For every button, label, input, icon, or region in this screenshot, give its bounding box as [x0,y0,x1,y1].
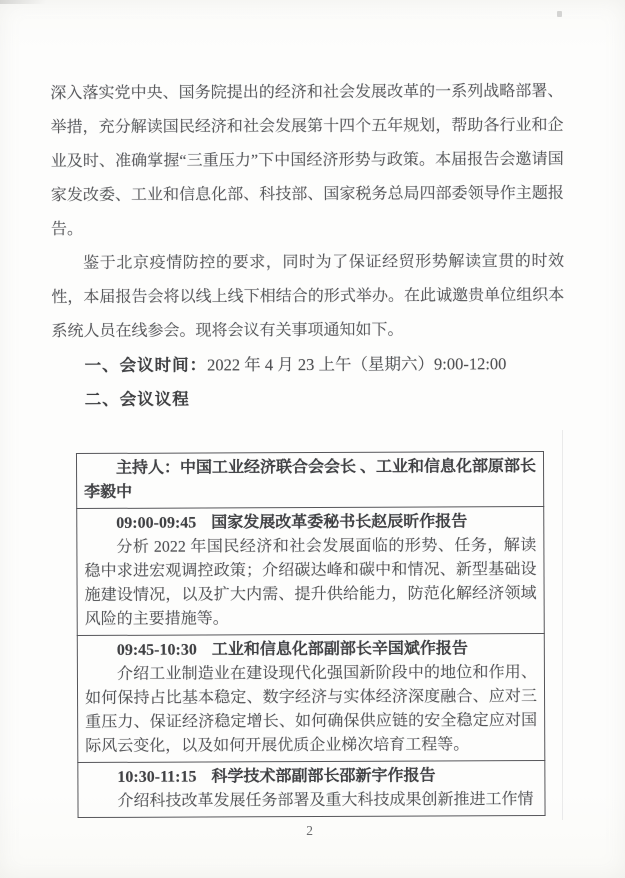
session-2-description: 介绍工业制造业在建设现代化强国新阶段中的地位和作用、如何保持占比基本稳定、数字经… [85,661,537,759]
session-1-description: 分析 2022 年国民经济和社会发展面临的形势、任务，解读稳中求进宏观调控政策；… [84,534,536,632]
meeting-time-value: 2022 年 4 月 23 上午（星期六）9:00-12:00 [207,354,506,374]
session-3-header: 10:30-11:15科学技术部副部长邵新宇作报告 [85,764,537,790]
moderator-line: 主持人：中国工业经济联合会会长 、工业和信息化部原部长李毅中 [84,455,536,505]
page-number: 2 [54,822,567,840]
session-1-title: 国家发展改革委秘书长赵辰昕作报告 [196,513,467,531]
meeting-time-heading: 一、会议时间：2022 年 4 月 23 上午（星期六）9:00-12:00 [52,347,565,383]
session-2-title: 工业和信息化部副部长辛国斌作报告 [197,640,468,658]
session-3-description: 介绍科技改革发展任务部署及重大科技成果创新推进工作情 [85,788,537,814]
session-3-title: 科学技术部副部长邵新宇作报告 [196,767,435,785]
session-1-header: 09:00-09:45国家发展改革委秘书长赵辰昕作报告 [84,510,536,536]
page-content: 深入落实党中央、国务院提出的经济和社会发展改革的一系列战略部署、举措，充分解读国… [0,0,625,840]
session-2-header: 09:45-10:30工业和信息化部副部长辛国斌作报告 [85,637,537,663]
agenda-row-session-2: 09:45-10:30工业和信息化部副部长辛国斌作报告 介绍工业制造业在建设现代… [77,633,545,762]
paragraph-notice: 鉴于北京疫情防控的要求，同时为了保证经贸形势解读宣贯的时效性，本届报告会将以线上… [51,245,564,349]
scanned-document-page: 深入落实党中央、国务院提出的经济和社会发展改革的一系列战略部署、举措，充分解读国… [0,0,625,878]
agenda-row-session-1: 09:00-09:45国家发展改革委秘书长赵辰昕作报告 分析 2022 年国民经… [77,506,545,635]
agenda-heading: 二、会议议程 [52,381,565,417]
session-1-time: 09:00-09:45 [116,515,196,532]
agenda-row-moderator: 主持人：中国工业经济联合会会长 、工业和信息化部原部长李毅中 [76,451,543,508]
meeting-time-label: 一、会议时间： [85,355,208,375]
agenda-row-session-3: 10:30-11:15科学技术部副部长邵新宇作报告 介绍科技改革发展任务部署及重… [78,760,545,817]
session-3-time: 10:30-11:15 [117,769,196,786]
session-2-time: 09:45-10:30 [117,642,197,659]
paragraph-continuation: 深入落实党中央、国务院提出的经济和社会发展改革的一系列战略部署、举措，充分解读国… [50,75,564,247]
agenda-table: 主持人：中国工业经济联合会会长 、工业和信息化部原部长李毅中 09:00-09:… [76,451,546,818]
